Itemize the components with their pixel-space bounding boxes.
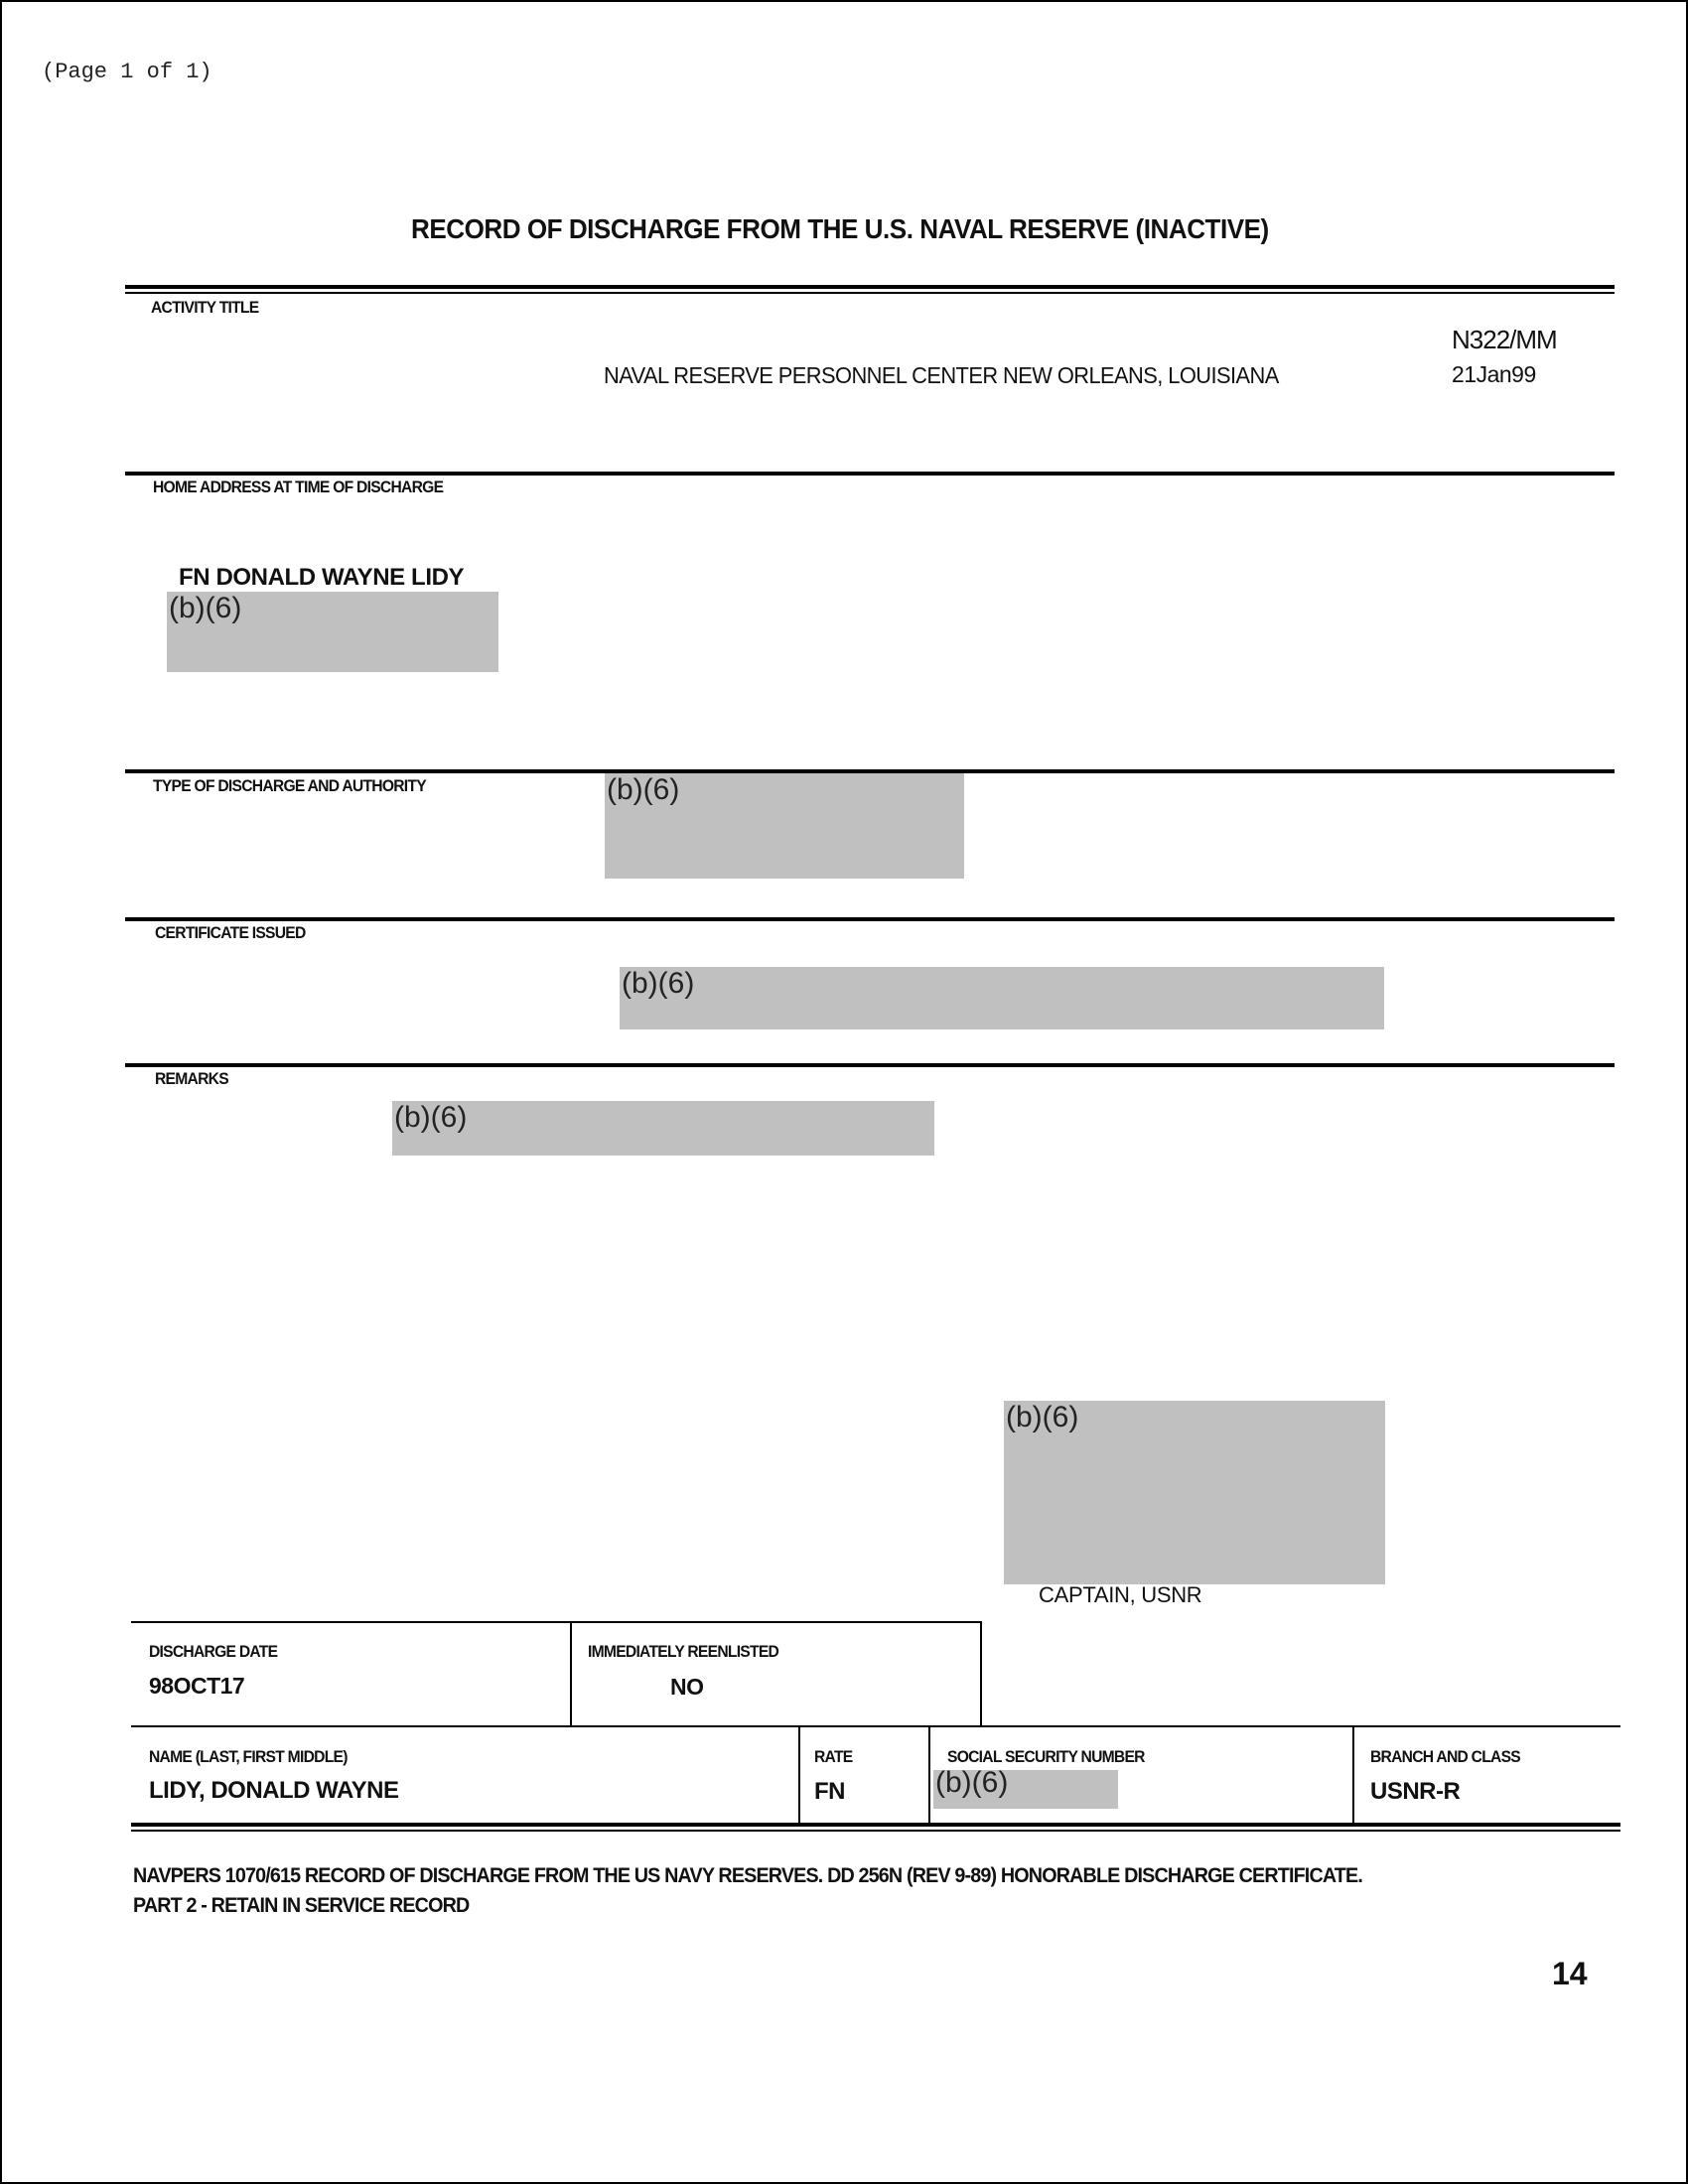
branch-value: USNR-R — [1370, 1778, 1460, 1806]
redaction-box: (b)(6) — [392, 1101, 934, 1156]
rate-label: RATE — [814, 1747, 852, 1767]
certificate-label: CERTIFICATE ISSUED — [155, 923, 306, 943]
branch-label: BRANCH AND CLASS — [1370, 1747, 1520, 1767]
redaction-box: (b)(6) — [620, 967, 1384, 1029]
redaction-code: (b)(6) — [935, 1766, 1008, 1800]
divider — [131, 1823, 1620, 1827]
document-title: RECORD OF DISCHARGE FROM THE U.S. NAVAL … — [411, 213, 1269, 245]
reenlisted-label: IMMEDIATELY REENLISTED — [588, 1642, 778, 1662]
activity-title-value: NAVAL RESERVE PERSONNEL CENTER NEW ORLEA… — [604, 362, 1279, 389]
signature-redaction: (b)(6) — [1004, 1401, 1385, 1584]
activity-code: N322/MM — [1452, 325, 1557, 355]
signatory-title: CAPTAIN, USNR — [1039, 1582, 1201, 1608]
redaction-code: (b)(6) — [169, 592, 241, 625]
page-indicator: (Page 1 of 1) — [42, 60, 212, 84]
redaction-code: (b)(6) — [607, 773, 679, 807]
divider — [131, 1725, 1620, 1727]
document-page: (Page 1 of 1) RECORD OF DISCHARGE FROM T… — [0, 0, 1688, 2184]
discharge-date-label: DISCHARGE DATE — [149, 1642, 277, 1662]
activity-date: 21Jan99 — [1452, 361, 1536, 388]
redaction-box: (b)(6) — [167, 592, 498, 672]
redaction-box: (b)(6) — [605, 773, 964, 879]
discharge-date-value: 98OCT17 — [149, 1673, 244, 1700]
redaction-code: (b)(6) — [1006, 1401, 1078, 1434]
divider — [131, 1621, 982, 1623]
page-number: 14 — [1552, 1956, 1588, 1992]
remarks-label: REMARKS — [155, 1069, 228, 1089]
divider — [928, 1727, 930, 1825]
divider — [980, 1621, 982, 1725]
divider — [125, 1063, 1615, 1067]
home-address-label: HOME ADDRESS AT TIME OF DISCHARGE — [153, 478, 443, 497]
divider — [131, 1830, 1620, 1832]
reenlisted-value: NO — [670, 1674, 704, 1701]
divider — [125, 472, 1615, 476]
home-address-name: FN DONALD WAYNE LIDY — [179, 564, 464, 592]
divider — [125, 285, 1615, 289]
discharge-type-label: TYPE OF DISCHARGE AND AUTHORITY — [153, 776, 426, 796]
activity-title-label: ACTIVITY TITLE — [151, 298, 258, 318]
divider — [1352, 1727, 1354, 1825]
divider — [570, 1621, 572, 1725]
name-value: LIDY, DONALD WAYNE — [149, 1777, 398, 1805]
divider — [125, 917, 1615, 921]
redaction-code: (b)(6) — [622, 967, 694, 1001]
name-label: NAME (LAST, FIRST MIDDLE) — [149, 1747, 348, 1767]
form-footer-line1: NAVPERS 1070/615 RECORD OF DISCHARGE FRO… — [133, 1864, 1362, 1888]
divider — [125, 292, 1615, 294]
redaction-code: (b)(6) — [394, 1101, 467, 1135]
rate-value: FN — [814, 1778, 845, 1806]
form-footer-line2: PART 2 - RETAIN IN SERVICE RECORD — [133, 1894, 469, 1918]
ssn-redaction: (b)(6) — [933, 1770, 1118, 1809]
ssn-label: SOCIAL SECURITY NUMBER — [947, 1747, 1145, 1767]
divider — [798, 1727, 800, 1825]
